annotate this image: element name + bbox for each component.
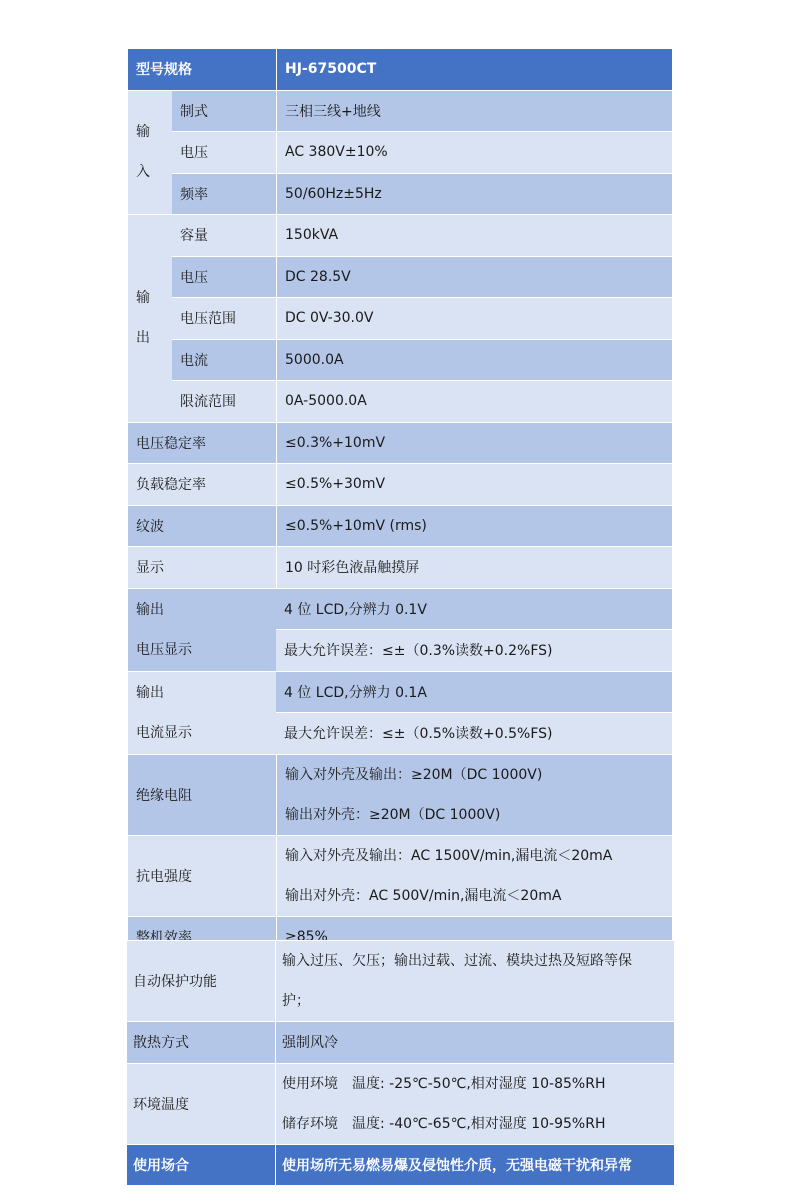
output-group: 输 出 容量 150kVA 电压 DC 28.5V 电压范围 DC 0V-30.… — [128, 214, 672, 422]
spec-table-lower: 自动保护功能 输入过压、欠压；输出过载、过流、模块过热及短路等保 护； 散热方式… — [127, 940, 674, 1185]
header-model: HJ-67500CT — [276, 49, 672, 90]
table-row: 限流范围 0A-5000.0A — [172, 380, 672, 422]
header-label: 型号规格 — [128, 49, 276, 90]
usage-row: 使用场合 使用场所无易燃易爆及侵蚀性介质，无强电磁干扰和异常 — [127, 1144, 674, 1186]
table-row: 频率 50/60Hz±5Hz — [172, 173, 672, 215]
table-row: 电压稳定率 ≤0.3%+10mV — [128, 422, 672, 464]
table-row: 显示 10 吋彩色液晶触摸屏 — [128, 546, 672, 588]
environment-row: 环境温度 使用环境 温度: -25℃-50℃,相对湿度 10-85%RH 储存环… — [127, 1063, 674, 1144]
header-row: 型号规格 HJ-67500CT — [128, 49, 672, 90]
spec-table: 型号规格 HJ-67500CT 输 入 制式 三相三线+地线 电压 AC 380… — [128, 49, 672, 957]
protection-row: 自动保护功能 输入过压、欠压；输出过载、过流、模块过热及短路等保 护； — [127, 940, 674, 1021]
input-group: 输 入 制式 三相三线+地线 电压 AC 380V±10% 频率 50/60Hz… — [128, 90, 672, 215]
output-group-label: 输 出 — [128, 215, 172, 422]
table-row: 负载稳定率 ≤0.5%+30mV — [128, 463, 672, 505]
cooling-row: 散热方式 强制风冷 — [127, 1021, 674, 1063]
voltage-display-group: 输出 电压显示 4 位 LCD,分辨力 0.1V 最大允许误差：≤±（0.3%读… — [128, 588, 672, 671]
table-row: 电压 DC 28.5V — [172, 256, 672, 298]
current-display-group: 输出 电流显示 4 位 LCD,分辨力 0.1A 最大允许误差：≤±（0.5%读… — [128, 671, 672, 754]
table-row: 制式 三相三线+地线 — [172, 91, 672, 132]
table-row: 纹波 ≤0.5%+10mV (rms) — [128, 505, 672, 547]
table-row: 容量 150kVA — [172, 215, 672, 256]
table-row: 电流 5000.0A — [172, 339, 672, 381]
table-row: 电压 AC 380V±10% — [172, 131, 672, 173]
table-row: 电压范围 DC 0V-30.0V — [172, 297, 672, 339]
insulation-row: 绝缘电阻 输入对外壳及输出：≥20M（DC 1000V) 输出对外壳：≥20M（… — [128, 754, 672, 835]
withstand-row: 抗电强度 输入对外壳及输出：AC 1500V/min,漏电流＜20mA 输出对外… — [128, 835, 672, 916]
input-group-label: 输 入 — [128, 91, 172, 215]
